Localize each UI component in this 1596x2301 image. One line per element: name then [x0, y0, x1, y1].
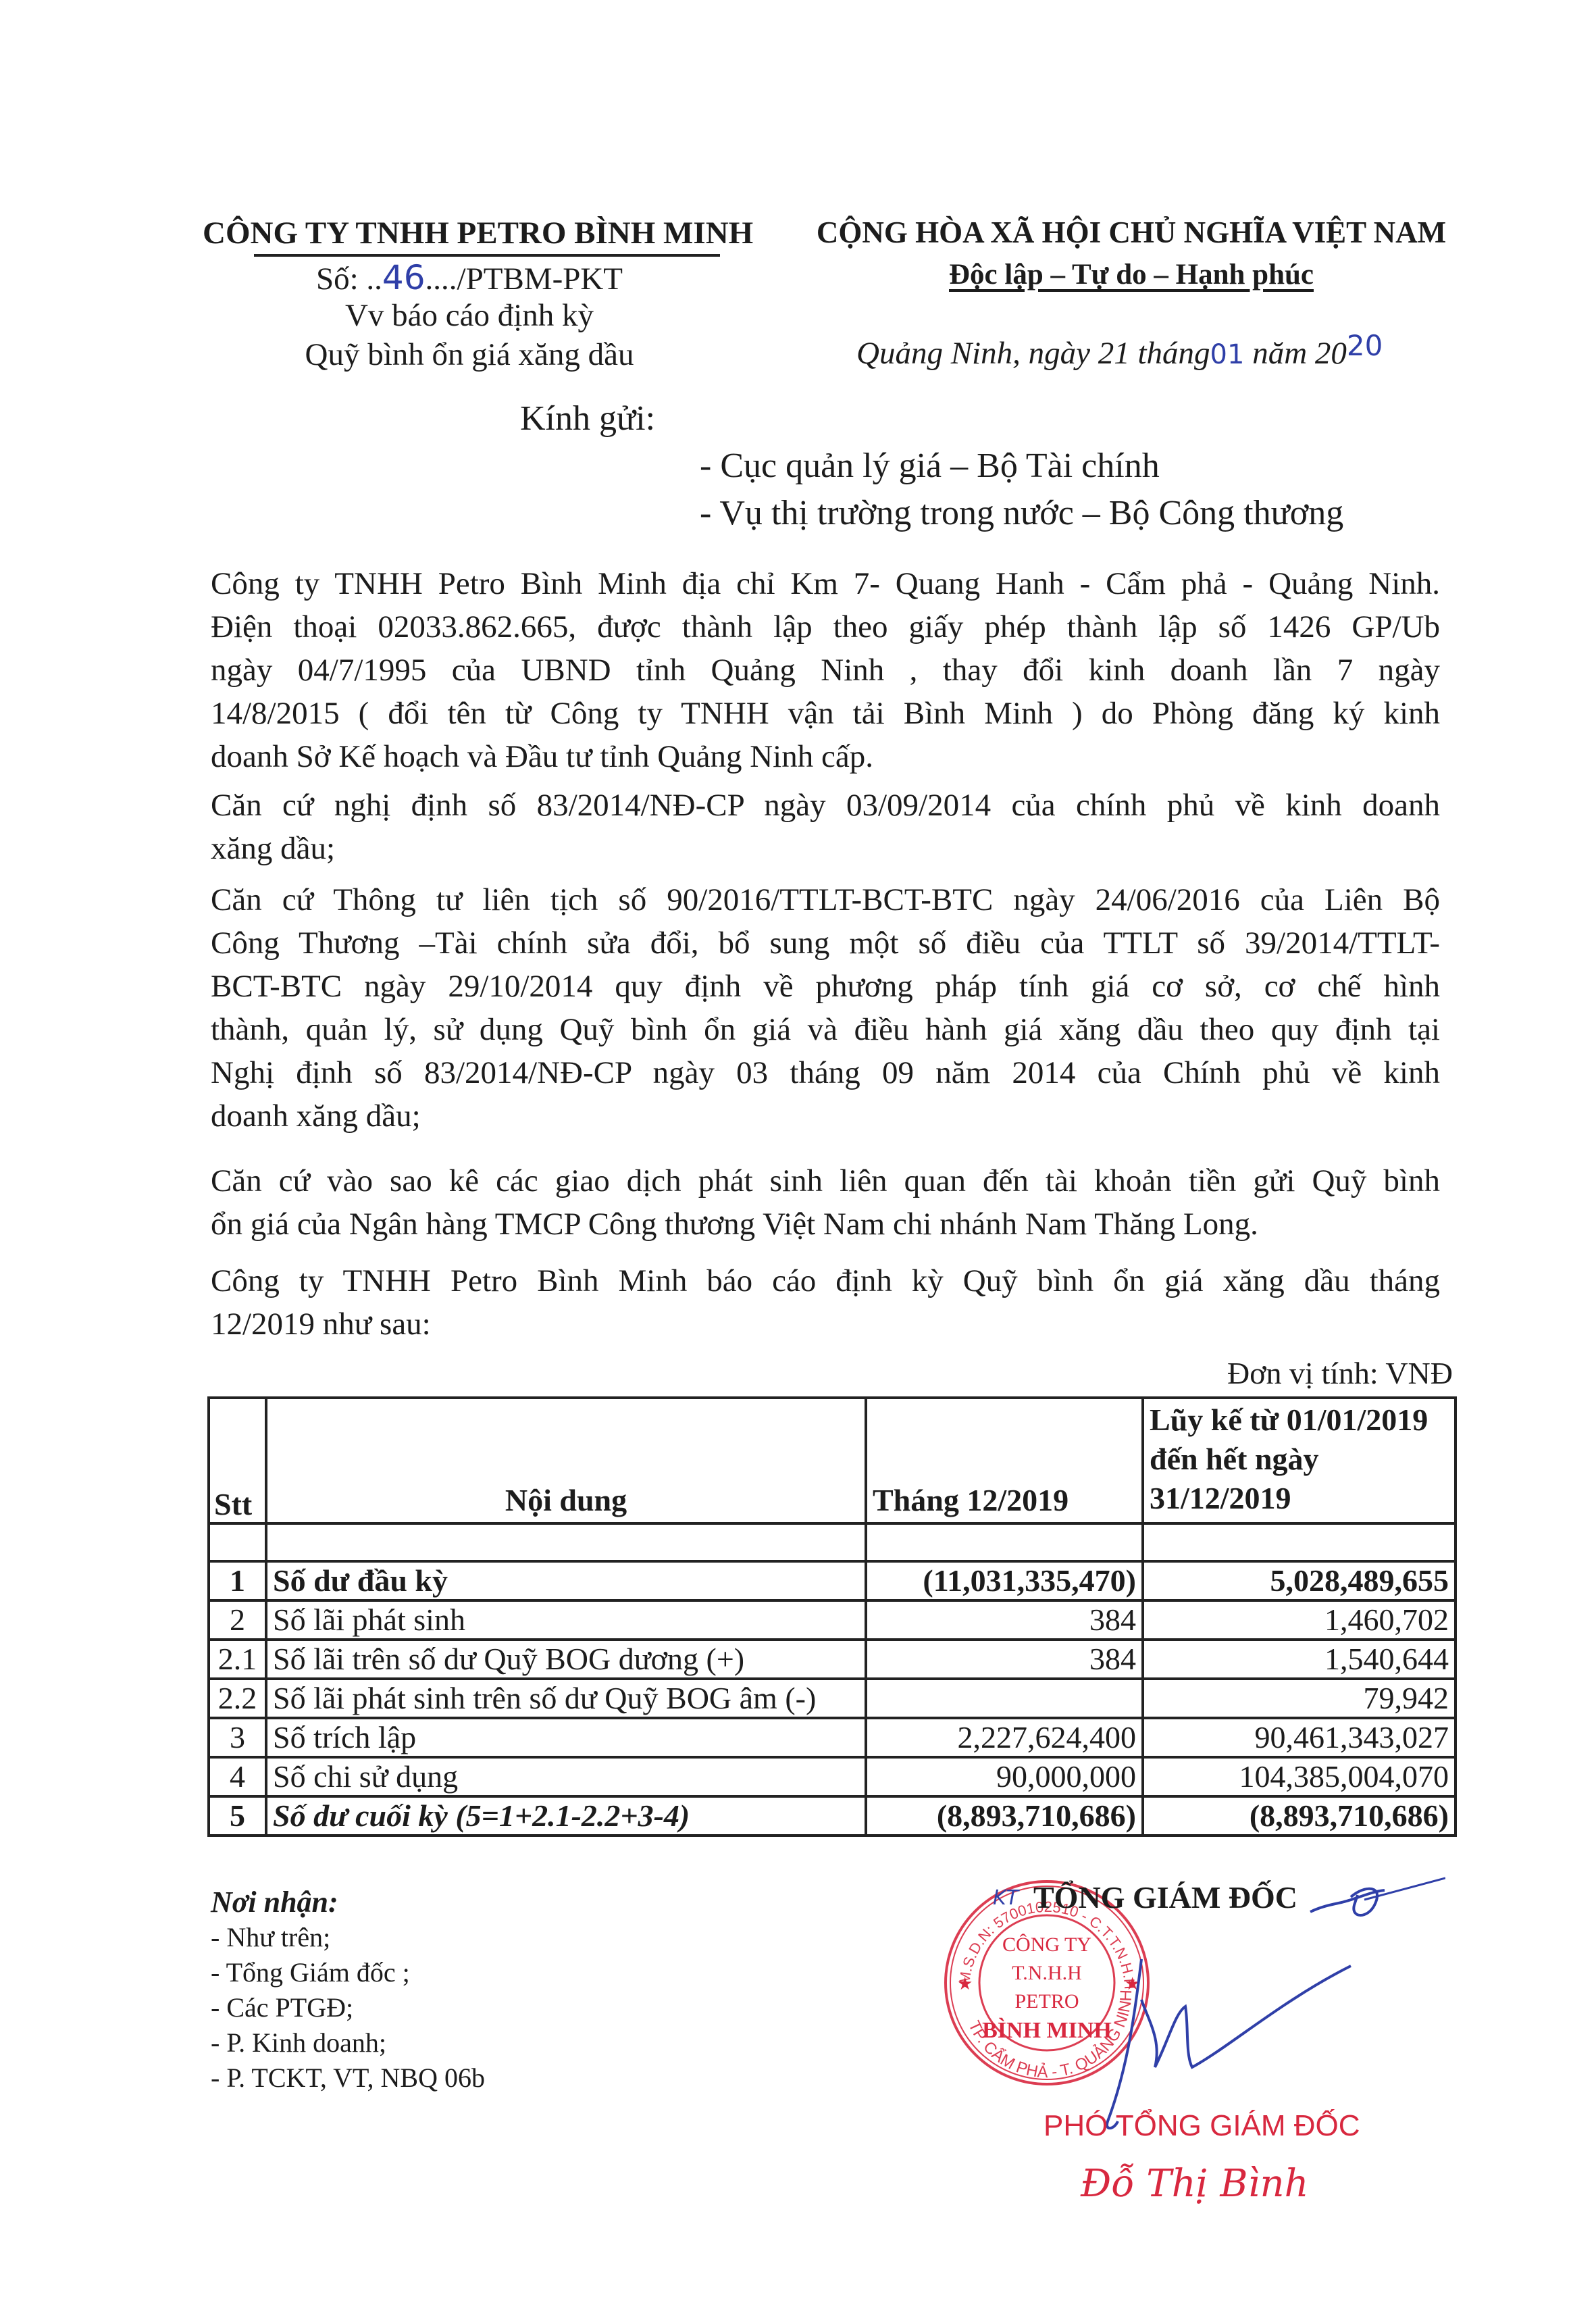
cell-stt: 4	[209, 1757, 266, 1796]
cell-stt: 2	[209, 1600, 266, 1640]
cell-cumulative: 5,028,489,655	[1143, 1561, 1456, 1600]
cell-content: Số dư cuối kỳ (5=1+2.1-2.2+3-4)	[266, 1796, 866, 1836]
cell-stt: 1	[209, 1561, 266, 1600]
document-number-prefix: Số: ..	[316, 261, 382, 297]
empty-cell	[1143, 1523, 1456, 1561]
paragraph-report-intro: Công ty TNHH Petro Bình Minh báo cáo địn…	[211, 1259, 1440, 1346]
distribution-item: - Như trên;	[211, 1920, 485, 1955]
table-header-row: Stt Nội dung Tháng 12/2019 Lũy kế từ 01/…	[209, 1398, 1456, 1523]
text-line: BCT-BTC ngày 29/10/2014 quy định về phươ…	[211, 965, 1440, 1008]
distribution-item: - Các PTGĐ;	[211, 1990, 485, 2025]
cell-cumulative: 1,540,644	[1143, 1640, 1456, 1679]
paragraph-decree: Căn cứ nghị định số 83/2014/NĐ-CP ngày 0…	[211, 784, 1440, 870]
cell-stt: 5	[209, 1796, 266, 1836]
svg-text:★: ★	[957, 1974, 973, 1994]
cell-content: Số dư đầu kỳ	[266, 1561, 866, 1600]
header-content: Nội dung	[266, 1398, 866, 1523]
distribution-list: Nơi nhận: - Như trên; - Tổng Giám đốc ; …	[211, 1885, 485, 2096]
company-name-underline	[254, 254, 720, 257]
cell-content: Số lãi phát sinh	[266, 1600, 866, 1640]
cell-content: Số trích lập	[266, 1718, 866, 1757]
cell-cumulative: 104,385,004,070	[1143, 1757, 1456, 1796]
document-number-handwritten: 46	[382, 258, 426, 297]
table-row: 2 Số lãi phát sinh 384 1,460,702	[209, 1600, 1456, 1640]
cell-month: (11,031,335,470)	[866, 1561, 1143, 1600]
handwritten-kt-note: KT	[993, 1886, 1019, 1910]
date-prefix: Quảng Ninh, ngày 21 tháng	[856, 336, 1210, 371]
distribution-item: - Tổng Giám đốc ;	[211, 1955, 485, 1990]
date-year-prefix: năm 20	[1244, 336, 1346, 371]
date-year-handwritten: 20	[1347, 329, 1383, 362]
paragraph-bank-statement: Căn cứ vào sao kê các giao dịch phát sin…	[211, 1159, 1440, 1246]
date-month-handwritten: 01	[1210, 339, 1245, 370]
cell-cumulative: (8,893,710,686)	[1143, 1796, 1456, 1836]
header-cumulative-line: 31/12/2019	[1150, 1481, 1291, 1515]
table-row: 2.2 Số lãi phát sinh trên số dư Quỹ BOG …	[209, 1679, 1456, 1718]
cell-month: 2,227,624,400	[866, 1718, 1143, 1757]
empty-cell	[866, 1523, 1143, 1561]
deputy-name: Đỗ Thị Bình	[1081, 2162, 1309, 2206]
deputy-title: PHÓ TỔNG GIÁM ĐỐC	[1044, 2109, 1360, 2143]
text-line: doanh Sở Kế hoạch và Đầu tư tỉnh Quảng N…	[211, 735, 1440, 778]
cell-month	[866, 1679, 1143, 1718]
table-row: 1 Số dư đầu kỳ (11,031,335,470) 5,028,48…	[209, 1561, 1456, 1600]
issue-date: Quảng Ninh, ngày 21 tháng01 năm 2020	[856, 335, 1383, 372]
paragraph-company-info: Công ty TNHH Petro Bình Minh địa chỉ Km …	[211, 562, 1440, 778]
distribution-item: - P. Kinh doanh;	[211, 2025, 485, 2060]
cell-cumulative: 79,942	[1143, 1679, 1456, 1718]
text-line: Công ty TNHH Petro Bình Minh địa chỉ Km …	[211, 562, 1440, 605]
text-line: Điện thoại 02033.862.665, được thành lập…	[211, 605, 1440, 649]
text-line: doanh xăng dầu;	[211, 1094, 1440, 1138]
national-motto: Độc lập – Tự do – Hạnh phúc	[807, 258, 1456, 291]
company-name: CÔNG TY TNHH PETRO BÌNH MINH	[203, 215, 736, 251]
cell-stt: 3	[209, 1718, 266, 1757]
cell-month: 90,000,000	[866, 1757, 1143, 1796]
text-line: thành, quản lý, sử dụng Quỹ bình ổn giá …	[211, 1008, 1440, 1051]
recipient-1: - Cục quản lý giá – Bộ Tài chính	[700, 446, 1160, 486]
text-line: 12/2019 như sau:	[211, 1303, 1440, 1346]
text-line: Công Thương –Tài chính sửa đổi, bổ sung …	[211, 921, 1440, 965]
header-cumulative: Lũy kế từ 01/01/2019đến hết ngày31/12/20…	[1143, 1398, 1456, 1523]
empty-cell	[266, 1523, 866, 1561]
table-row: 4 Số chi sử dụng 90,000,000 104,385,004,…	[209, 1757, 1456, 1796]
signature-icon	[1067, 1865, 1445, 2148]
cell-stt: 2.1	[209, 1640, 266, 1679]
text-line: 14/8/2015 ( đổi tên từ Công ty TNHH vận …	[211, 692, 1440, 735]
text-line: Căn cứ nghị định số 83/2014/NĐ-CP ngày 0…	[211, 784, 1440, 827]
text-line: ổn giá của Ngân hàng TMCP Công thương Vi…	[211, 1203, 1440, 1246]
paragraph-circular: Căn cứ Thông tư liên tịch số 90/2016/TTL…	[211, 878, 1440, 1138]
cell-month: (8,893,710,686)	[866, 1796, 1143, 1836]
cell-cumulative: 90,461,343,027	[1143, 1718, 1456, 1757]
table-spacer-row	[209, 1523, 1456, 1561]
fund-report-table: Stt Nội dung Tháng 12/2019 Lũy kế từ 01/…	[207, 1396, 1457, 1837]
greeting: Kính gửi:	[520, 399, 655, 438]
cell-month: 384	[866, 1640, 1143, 1679]
cell-stt: 2.2	[209, 1679, 266, 1718]
document-number: Số: ..46..../PTBM-PKT	[203, 258, 736, 297]
header-stt: Stt	[209, 1398, 266, 1523]
cell-content: Số chi sử dụng	[266, 1757, 866, 1796]
nation-title: CỘNG HÒA XÃ HỘI CHỦ NGHĨA VIỆT NAM	[807, 215, 1456, 250]
table-row: 3 Số trích lập 2,227,624,400 90,461,343,…	[209, 1718, 1456, 1757]
text-line: xăng dầu;	[211, 827, 1440, 870]
table-row: 5 Số dư cuối kỳ (5=1+2.1-2.2+3-4) (8,893…	[209, 1796, 1456, 1836]
header-cumulative-line: Lũy kế từ 01/01/2019	[1150, 1402, 1428, 1437]
unit-label: Đơn vị tính: VNĐ	[1227, 1355, 1453, 1391]
distribution-title: Nơi nhận:	[211, 1885, 485, 1920]
cell-content: Số lãi trên số dư Quỹ BOG dương (+)	[266, 1640, 866, 1679]
table-row: 2.1 Số lãi trên số dư Quỹ BOG dương (+) …	[209, 1640, 1456, 1679]
subject-line-2: Quỹ bình ổn giá xăng dầu	[203, 336, 736, 373]
empty-cell	[209, 1523, 266, 1561]
text-line: Công ty TNHH Petro Bình Minh báo cáo địn…	[211, 1259, 1440, 1303]
cell-content: Số lãi phát sinh trên số dư Quỹ BOG âm (…	[266, 1679, 866, 1718]
cell-cumulative: 1,460,702	[1143, 1600, 1456, 1640]
header-month: Tháng 12/2019	[866, 1398, 1143, 1523]
header-cumulative-line: đến hết ngày	[1150, 1442, 1318, 1476]
cell-month: 384	[866, 1600, 1143, 1640]
document-number-suffix: ..../PTBM-PKT	[426, 261, 623, 297]
text-line: ngày 04/7/1995 của UBND tỉnh Quảng Ninh …	[211, 649, 1440, 692]
text-line: Nghị định số 83/2014/NĐ-CP ngày 03 tháng…	[211, 1051, 1440, 1094]
distribution-item: - P. TCKT, VT, NBQ 06b	[211, 2060, 485, 2096]
text-line: Căn cứ vào sao kê các giao dịch phát sin…	[211, 1159, 1440, 1203]
recipient-2: - Vụ thị trường trong nước – Bộ Công thư…	[700, 493, 1343, 533]
text-line: Căn cứ Thông tư liên tịch số 90/2016/TTL…	[211, 878, 1440, 921]
subject-line-1: Vv báo cáo định kỳ	[203, 297, 736, 334]
